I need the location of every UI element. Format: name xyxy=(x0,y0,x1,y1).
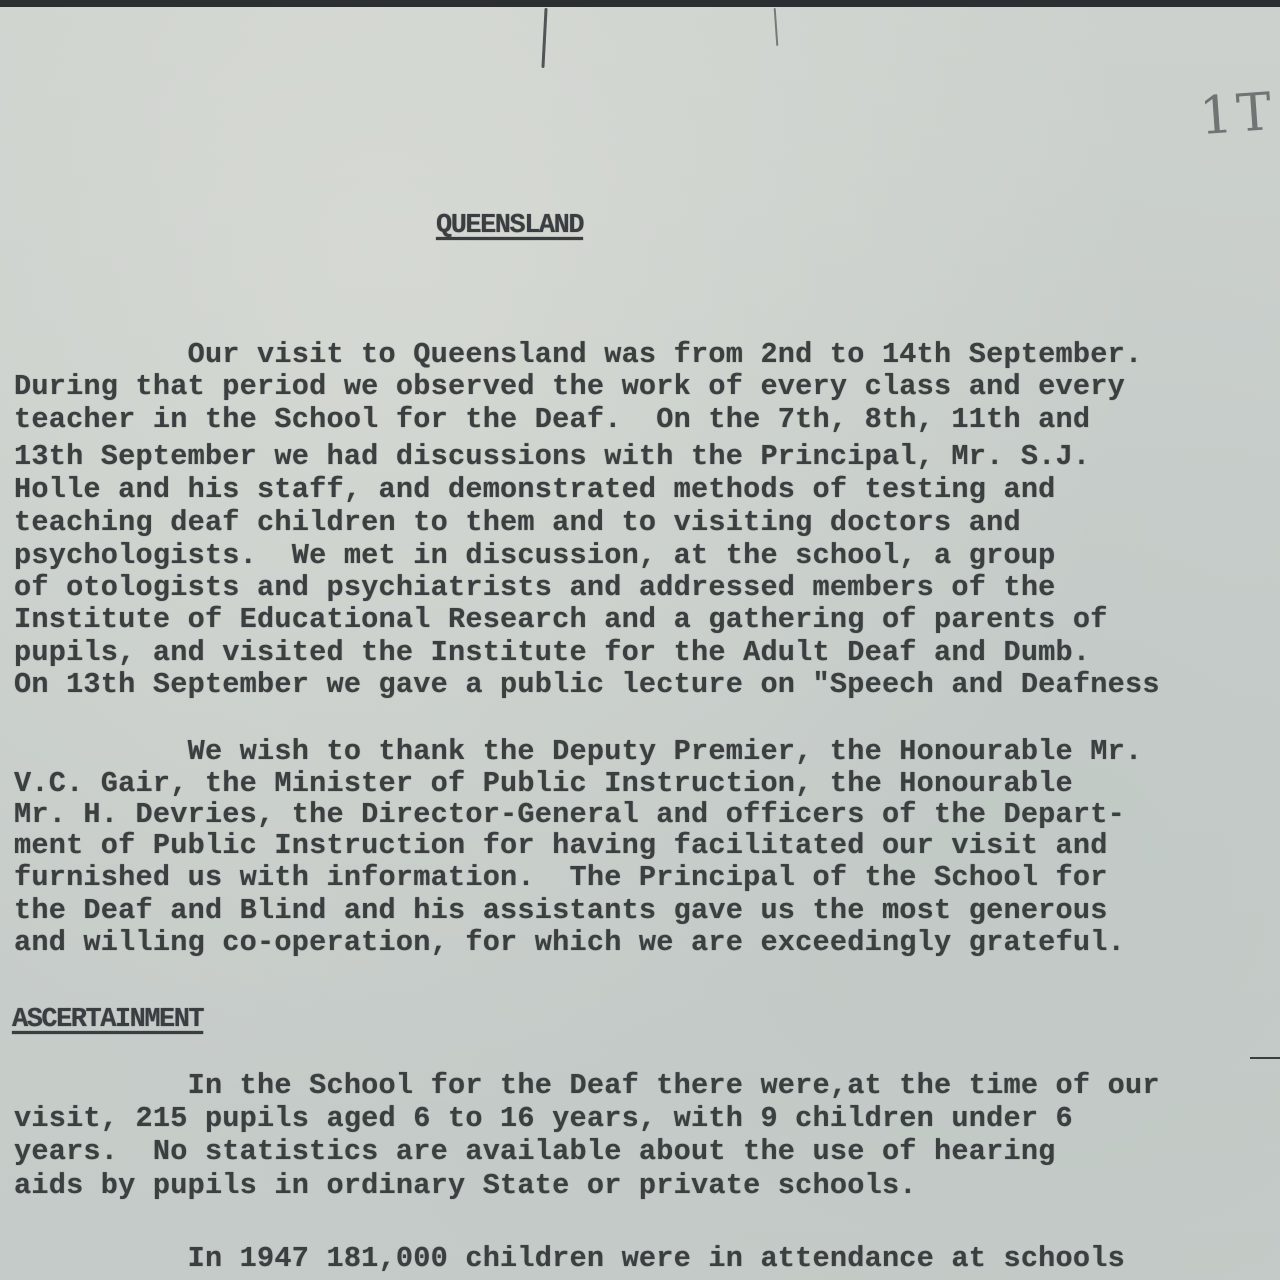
text-line: teacher in the School for the Deaf. On t… xyxy=(14,403,1090,437)
text-line: During that period we observed the work … xyxy=(14,370,1125,404)
text-line: years. No statistics are available about… xyxy=(14,1135,1056,1169)
text-line: We wish to thank the Deputy Premier, the… xyxy=(14,735,1142,769)
text-line: In the School for the Deaf there were,at… xyxy=(14,1069,1160,1103)
text-line: visit, 215 pupils aged 6 to 16 years, wi… xyxy=(14,1102,1073,1136)
scan-top-edge xyxy=(0,0,1280,7)
text-line: psychologists. We met in discussion, at … xyxy=(14,539,1056,573)
text-line: Holle and his staff, and demonstrated me… xyxy=(14,473,1056,507)
text-line: Our visit to Queensland was from 2nd to … xyxy=(14,338,1142,372)
text-line: Institute of Educational Research and a … xyxy=(14,603,1108,637)
text-line: the Deaf and Blind and his assistants ga… xyxy=(14,894,1108,928)
text-line: teaching deaf children to them and to vi… xyxy=(14,506,1021,540)
text-line: and willing co-operation, for which we a… xyxy=(14,926,1125,960)
text-line: pupils, and visited the Institute for th… xyxy=(14,636,1090,670)
page-title: QUEENSLAND xyxy=(436,210,583,242)
text-line: furnished us with information. The Princ… xyxy=(14,861,1108,895)
text-line: aids by pupils in ordinary State or priv… xyxy=(14,1169,917,1203)
text-line: Mr. H. Devries, the Director-General and… xyxy=(14,798,1125,832)
text-line: On 13th September we gave a public lectu… xyxy=(14,668,1160,702)
section-heading: ASCERTAINMENT xyxy=(12,1004,203,1036)
text-line: 13th September we had discussions with t… xyxy=(14,440,1090,474)
text-line: ment of Public Instruction for having fa… xyxy=(14,829,1108,863)
paper-edge-mark xyxy=(1250,1057,1280,1059)
text-line: V.C. Gair, the Minister of Public Instru… xyxy=(14,767,1073,801)
text-line: In 1947 181,000 children were in attenda… xyxy=(14,1242,1125,1276)
text-line: of otologists and psychiatrists and addr… xyxy=(14,571,1056,605)
handwritten-page-mark: 1T xyxy=(1198,83,1263,157)
